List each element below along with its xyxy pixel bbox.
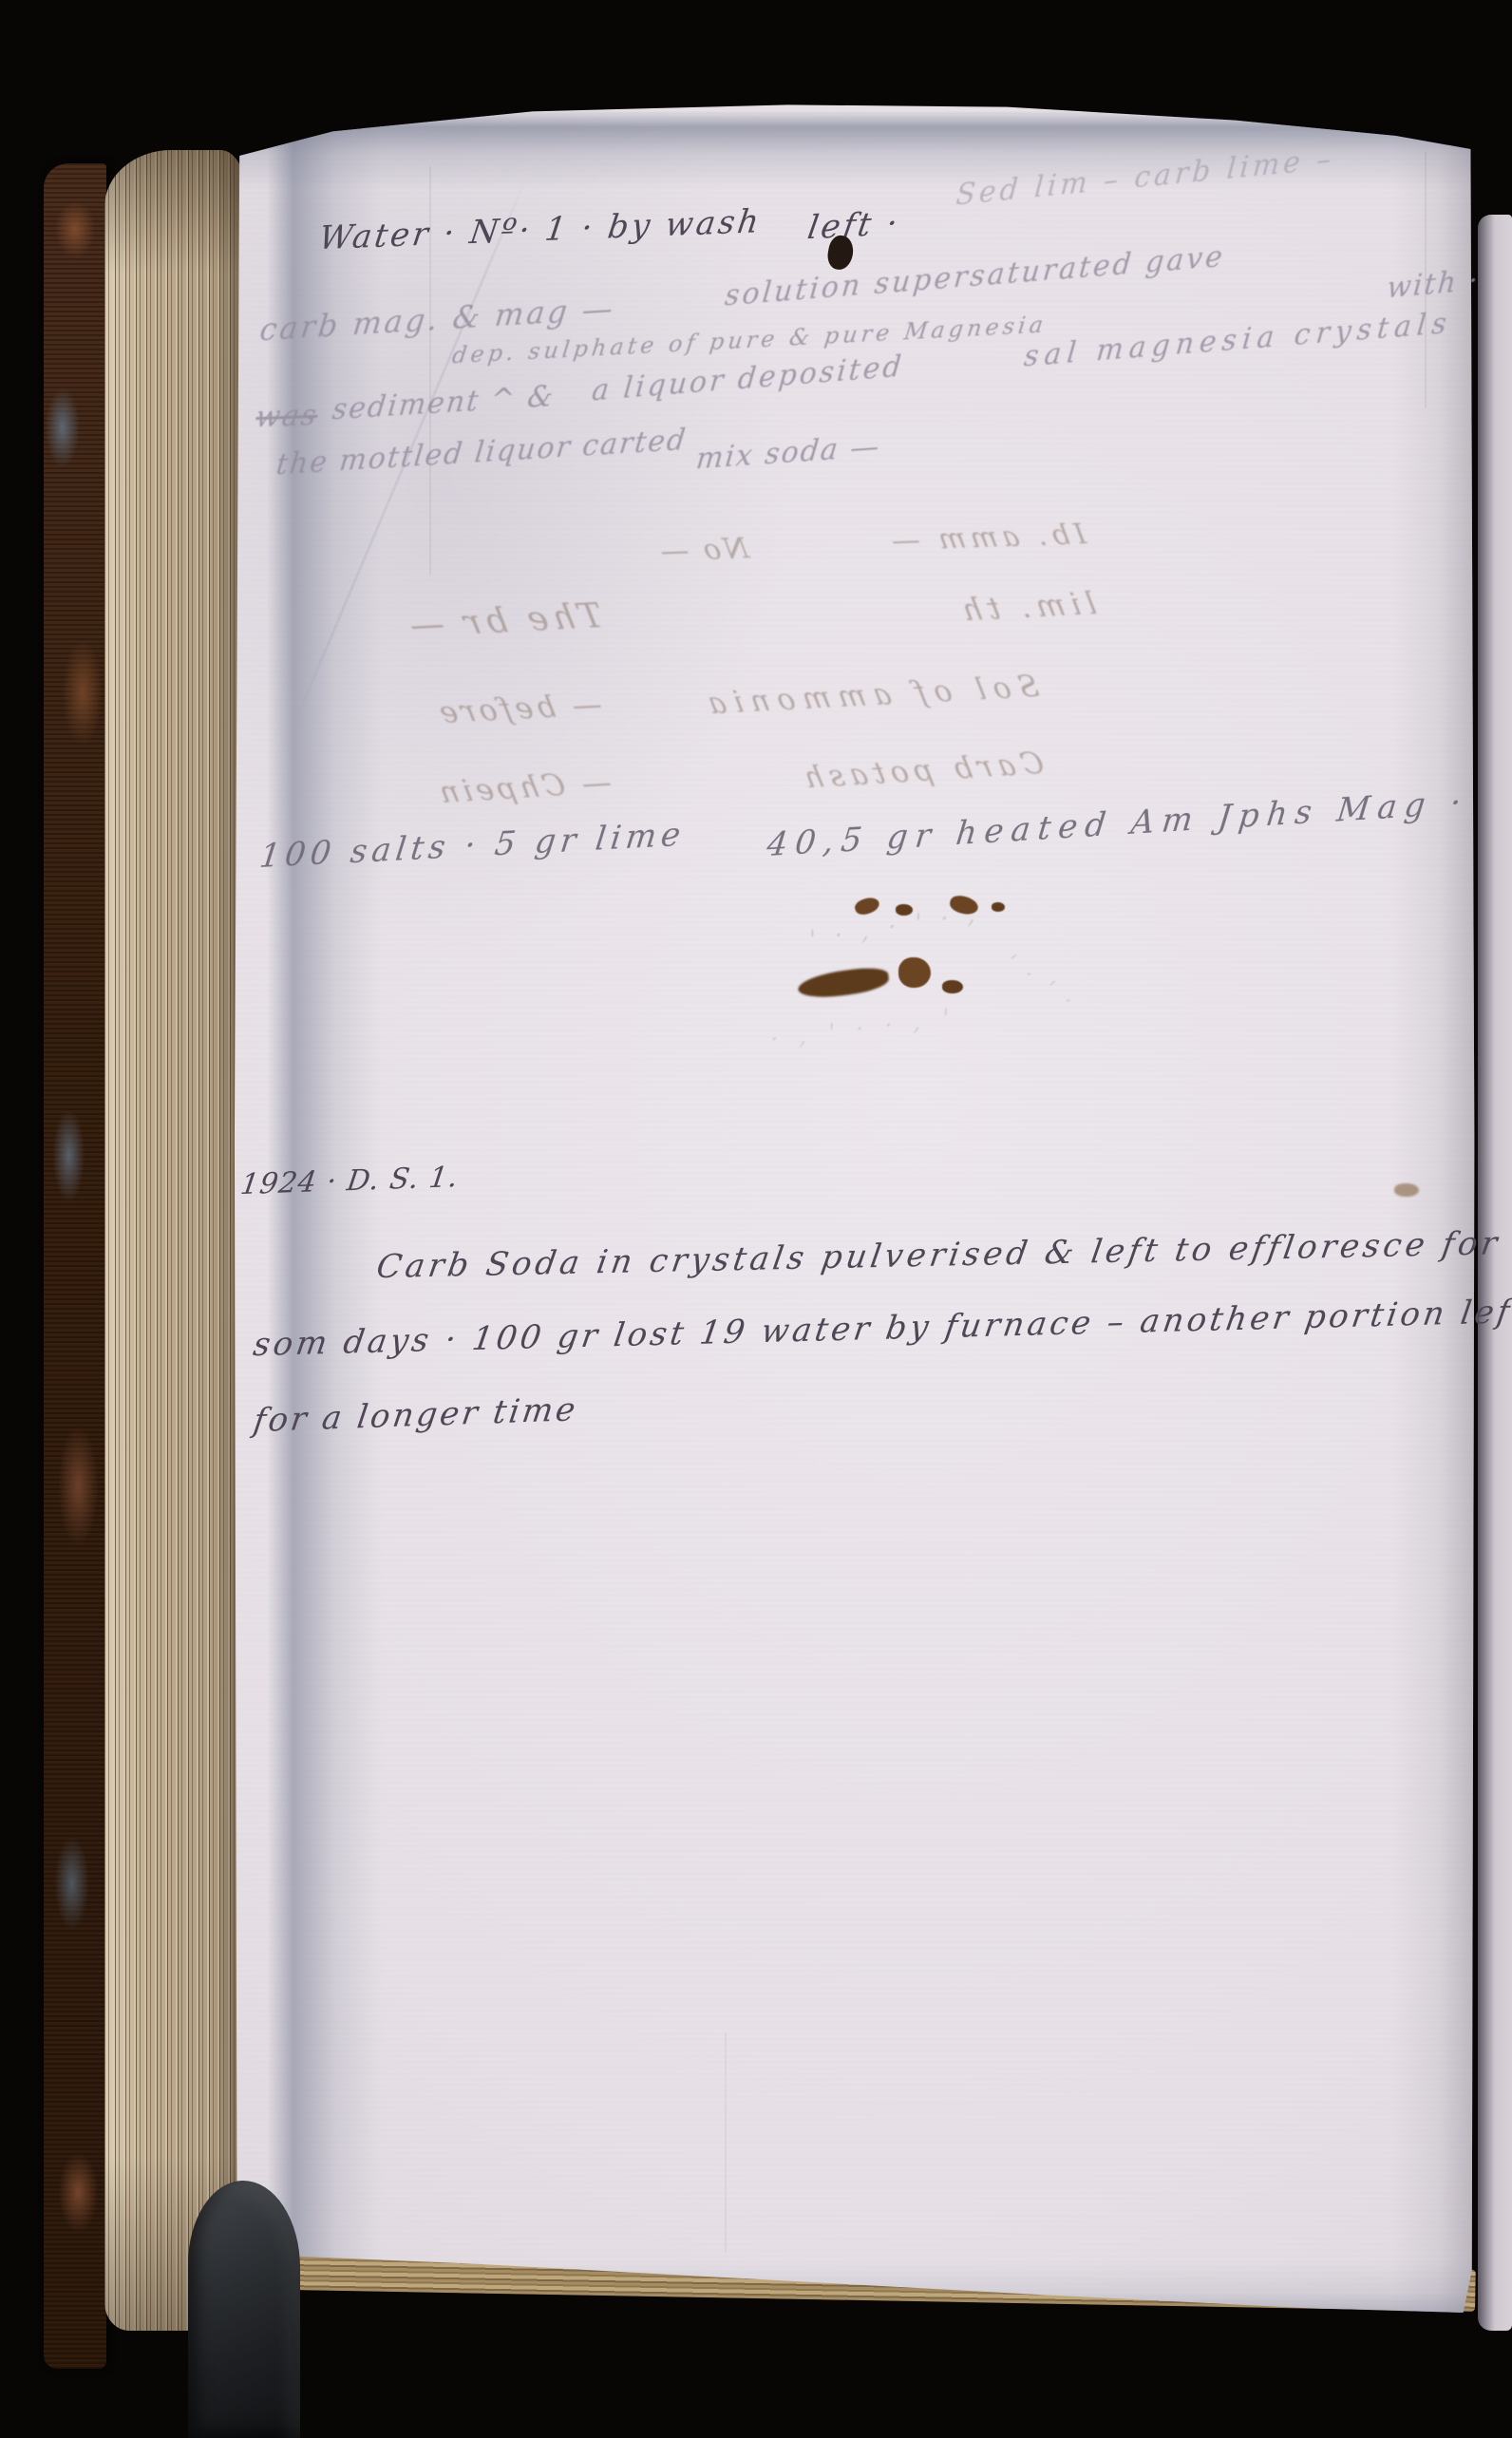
faint-rule-line	[725, 2032, 727, 2253]
struck-word-was: was	[254, 399, 320, 434]
ink-blot	[896, 904, 913, 916]
ink-showthrough-line: Ib. amm —	[884, 518, 1088, 558]
ink-blot	[1394, 1183, 1419, 1197]
notebook-photo: Water · Nº· 1 · by wash left · Sed lim –…	[0, 0, 1512, 2438]
ink-blot	[898, 957, 931, 988]
ink-blot	[942, 980, 963, 993]
handwritten-word-left: left ·	[805, 204, 903, 247]
adjacent-page-edge	[1478, 215, 1512, 2331]
book-spine-leather	[44, 163, 106, 2369]
ink-blot	[992, 902, 1005, 912]
gloved-fingertip	[188, 2181, 300, 2438]
ink-showthrough-line: lim. th	[954, 585, 1100, 628]
page-stack-fore-edge	[104, 150, 245, 2331]
ink-showthrough-line: No —	[654, 532, 751, 568]
